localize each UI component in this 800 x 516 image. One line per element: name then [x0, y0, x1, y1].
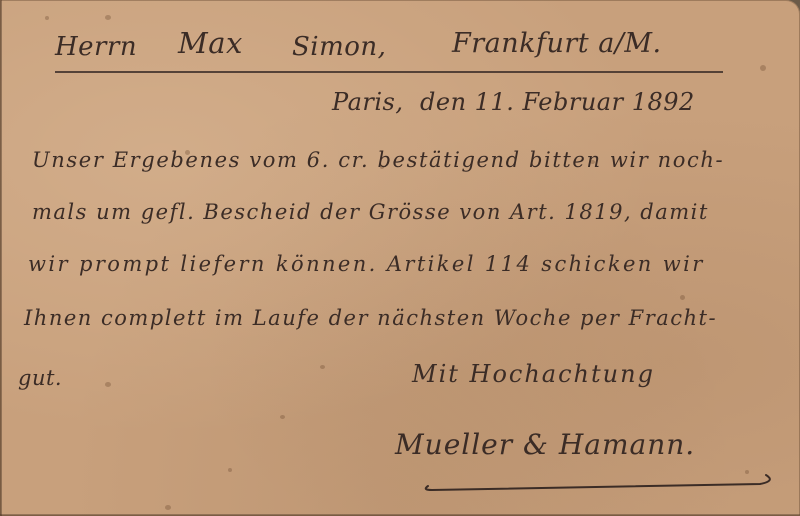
- closing: Mit Hochachtung: [412, 360, 655, 388]
- body-line-2: mals um gefl. Bescheid der Grösse von Ar…: [32, 200, 709, 224]
- paper-speck: [320, 365, 325, 369]
- paper-speck: [680, 295, 685, 300]
- signature-flourish: [420, 472, 776, 494]
- body-line-1: Unser Ergebenes vom 6. cr. bestätigend b…: [32, 148, 724, 172]
- body-line-5: gut.: [18, 366, 62, 390]
- paper-speck: [760, 65, 766, 71]
- address-salutation: Herrn: [55, 32, 137, 62]
- address-underline: [55, 71, 723, 73]
- body-line-4: Ihnen complett im Laufe der nächsten Woc…: [24, 306, 717, 330]
- signature: Mueller & Hamann.: [395, 428, 695, 461]
- paper-speck: [45, 16, 49, 20]
- paper-speck: [280, 415, 285, 419]
- address-first-name: Max: [178, 26, 243, 60]
- paper-speck: [105, 15, 111, 20]
- paper-speck: [105, 382, 111, 387]
- dateline-place: Paris,: [332, 88, 403, 116]
- paper-speck: [165, 505, 171, 510]
- dateline-date: den 11. Februar 1892: [420, 88, 695, 116]
- address-city: Frankfurt a/M.: [452, 28, 662, 59]
- body-line-3: wir prompt liefern können. Artikel 114 s…: [28, 252, 705, 276]
- postcard: Herrn Max Simon, Frankfurt a/M. Paris, d…: [0, 0, 800, 516]
- paper-speck: [228, 468, 232, 472]
- address-last-name: Simon,: [292, 32, 386, 62]
